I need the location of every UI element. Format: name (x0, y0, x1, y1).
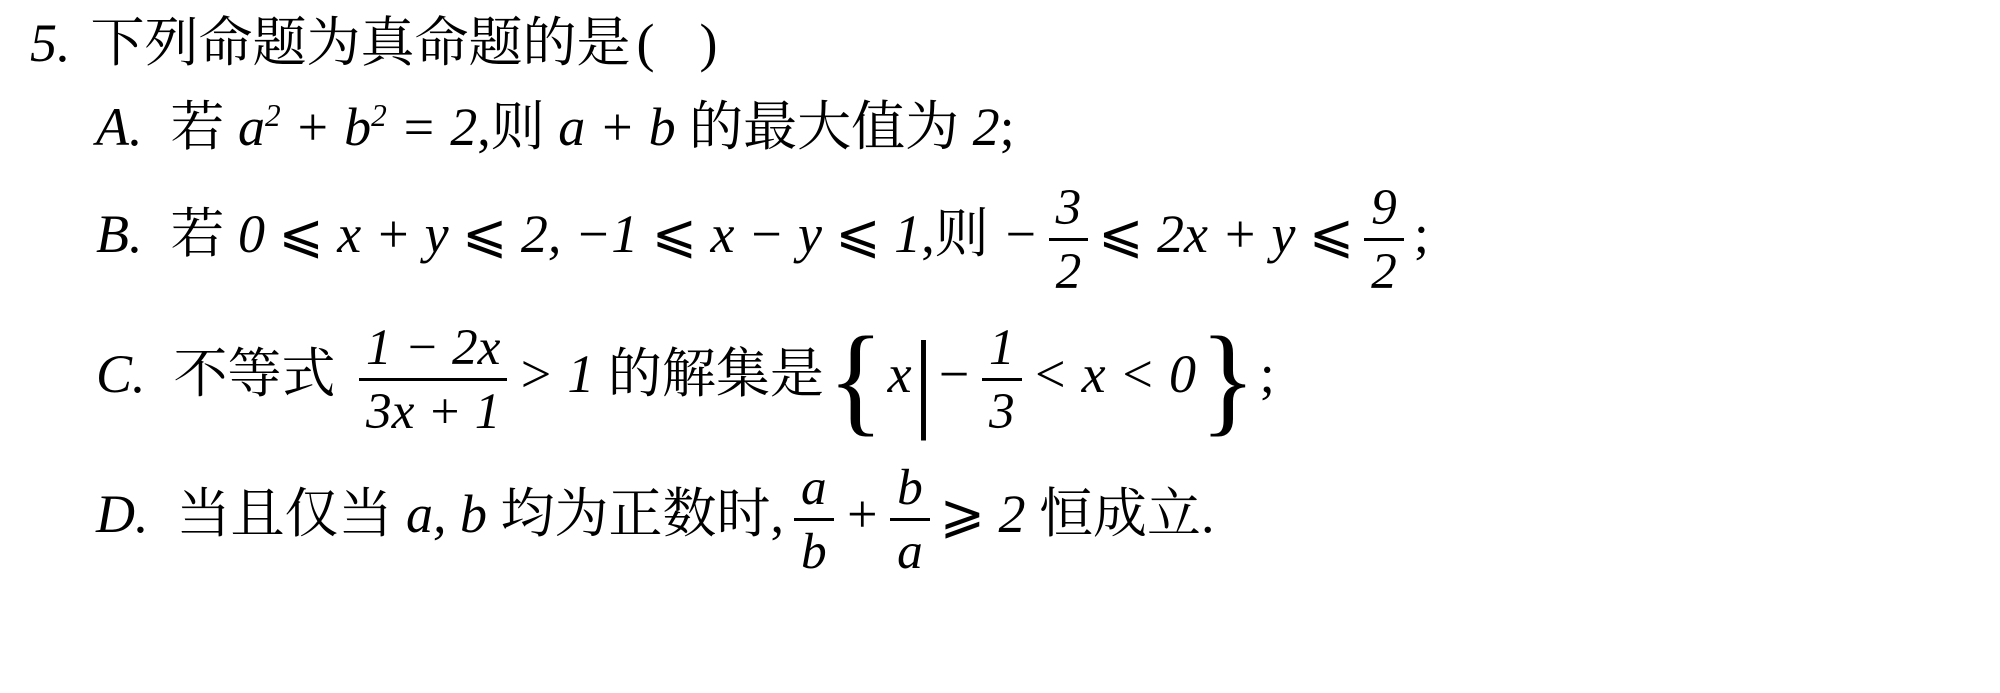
fraction: ba (890, 459, 930, 581)
text-run: ; (1414, 204, 1429, 264)
denominator: 3x + 1 (359, 381, 507, 440)
denominator: 2 (1364, 241, 1404, 300)
numerator: 3 (1049, 179, 1089, 241)
denominator: b (794, 521, 834, 580)
math-run: = 2 (387, 97, 477, 157)
option-B-label: B. (96, 204, 143, 264)
math-run: a (238, 97, 265, 157)
option-B-content: 若 0 ⩽ x + y ⩽ 2, −1 ⩽ x − y ⩽ 1,则 −32⩽ 2… (171, 204, 1429, 264)
fraction: 32 (1049, 179, 1089, 301)
numerator: 9 (1364, 179, 1404, 241)
option-A-content: 若 a2 + b2 = 2,则 a + b 的最大值为 2; (171, 97, 1015, 157)
numerator: a (794, 459, 834, 521)
text-run: ; (1260, 344, 1275, 404)
text-run: 的解集是 (608, 344, 824, 404)
fraction: 1 − 2x3x + 1 (359, 319, 507, 441)
question-card: 5.下列命题为真命题的是( ) A.若 a2 + b2 = 2,则 a + b … (0, 0, 2000, 693)
text-run: ; (1000, 97, 1015, 157)
text-run: 均为正数时, (487, 484, 784, 544)
option-A: A.若 a2 + b2 = 2,则 a + b 的最大值为 2; (30, 94, 1984, 162)
math-run: − (936, 344, 972, 404)
text-run: ,则 (921, 204, 1002, 264)
text-run: 的最大值为 (676, 97, 973, 157)
math-run: 0 ⩽ x + y ⩽ 2, −1 ⩽ x − y ⩽ 1 (238, 204, 921, 264)
fraction: 92 (1364, 179, 1404, 301)
text-run: 若 (171, 204, 239, 264)
answer-blank-parentheses: ( ) (637, 13, 724, 73)
math-run: + (844, 484, 880, 544)
denominator: 3 (982, 381, 1022, 440)
text-run: ,则 (477, 97, 558, 157)
superscript: 2 (265, 98, 281, 133)
option-D: D.当且仅当 a, b 均为正数时,ab+ba⩾ 2 恒成立. (30, 459, 1984, 581)
option-C-content: 不等式 1 − 2x3x + 1> 1 的解集是{x|−13< x < 0}; (174, 344, 1275, 404)
denominator: 2 (1049, 241, 1089, 300)
option-C: C.不等式 1 − 2x3x + 1> 1 的解集是{x|−13< x < 0}… (30, 319, 1984, 441)
math-run: 2 (973, 97, 1000, 157)
fraction: ab (794, 459, 834, 581)
numerator: b (890, 459, 930, 521)
math-run: < x < 0 (1032, 344, 1196, 404)
numerator: 1 (982, 319, 1022, 381)
option-A-label: A. (96, 97, 143, 157)
option-B: B.若 0 ⩽ x + y ⩽ 2, −1 ⩽ x − y ⩽ 1,则 −32⩽… (30, 179, 1984, 301)
denominator: a (890, 521, 930, 580)
text-run: 当且仅当 (177, 484, 407, 544)
numerator: 1 − 2x (359, 319, 507, 381)
option-D-content: 当且仅当 a, b 均为正数时,ab+ba⩾ 2 恒成立. (177, 484, 1215, 544)
text-run: 不等式 (174, 344, 350, 404)
math-run: a + b (558, 97, 675, 157)
math-run: ⩾ 2 (940, 484, 1039, 544)
math-run: > 1 (517, 344, 607, 404)
math-run: − (1002, 204, 1038, 264)
math-run: a, b (406, 484, 487, 544)
superscript: 2 (371, 98, 387, 133)
option-C-label: C. (96, 344, 146, 404)
question-stem: 下列命题为真命题的是 (91, 13, 631, 73)
question-number: 5. (30, 13, 71, 73)
text-run: 若 (171, 97, 239, 157)
question-stem-line: 5.下列命题为真命题的是( ) (30, 10, 1984, 78)
math-run: + b (281, 97, 371, 157)
text-run: 恒成立. (1039, 484, 1215, 544)
fraction: 13 (982, 319, 1022, 441)
math-run: ⩽ 2x + y ⩽ (1098, 204, 1354, 264)
math-run: x (888, 344, 912, 404)
option-D-label: D. (96, 484, 149, 544)
